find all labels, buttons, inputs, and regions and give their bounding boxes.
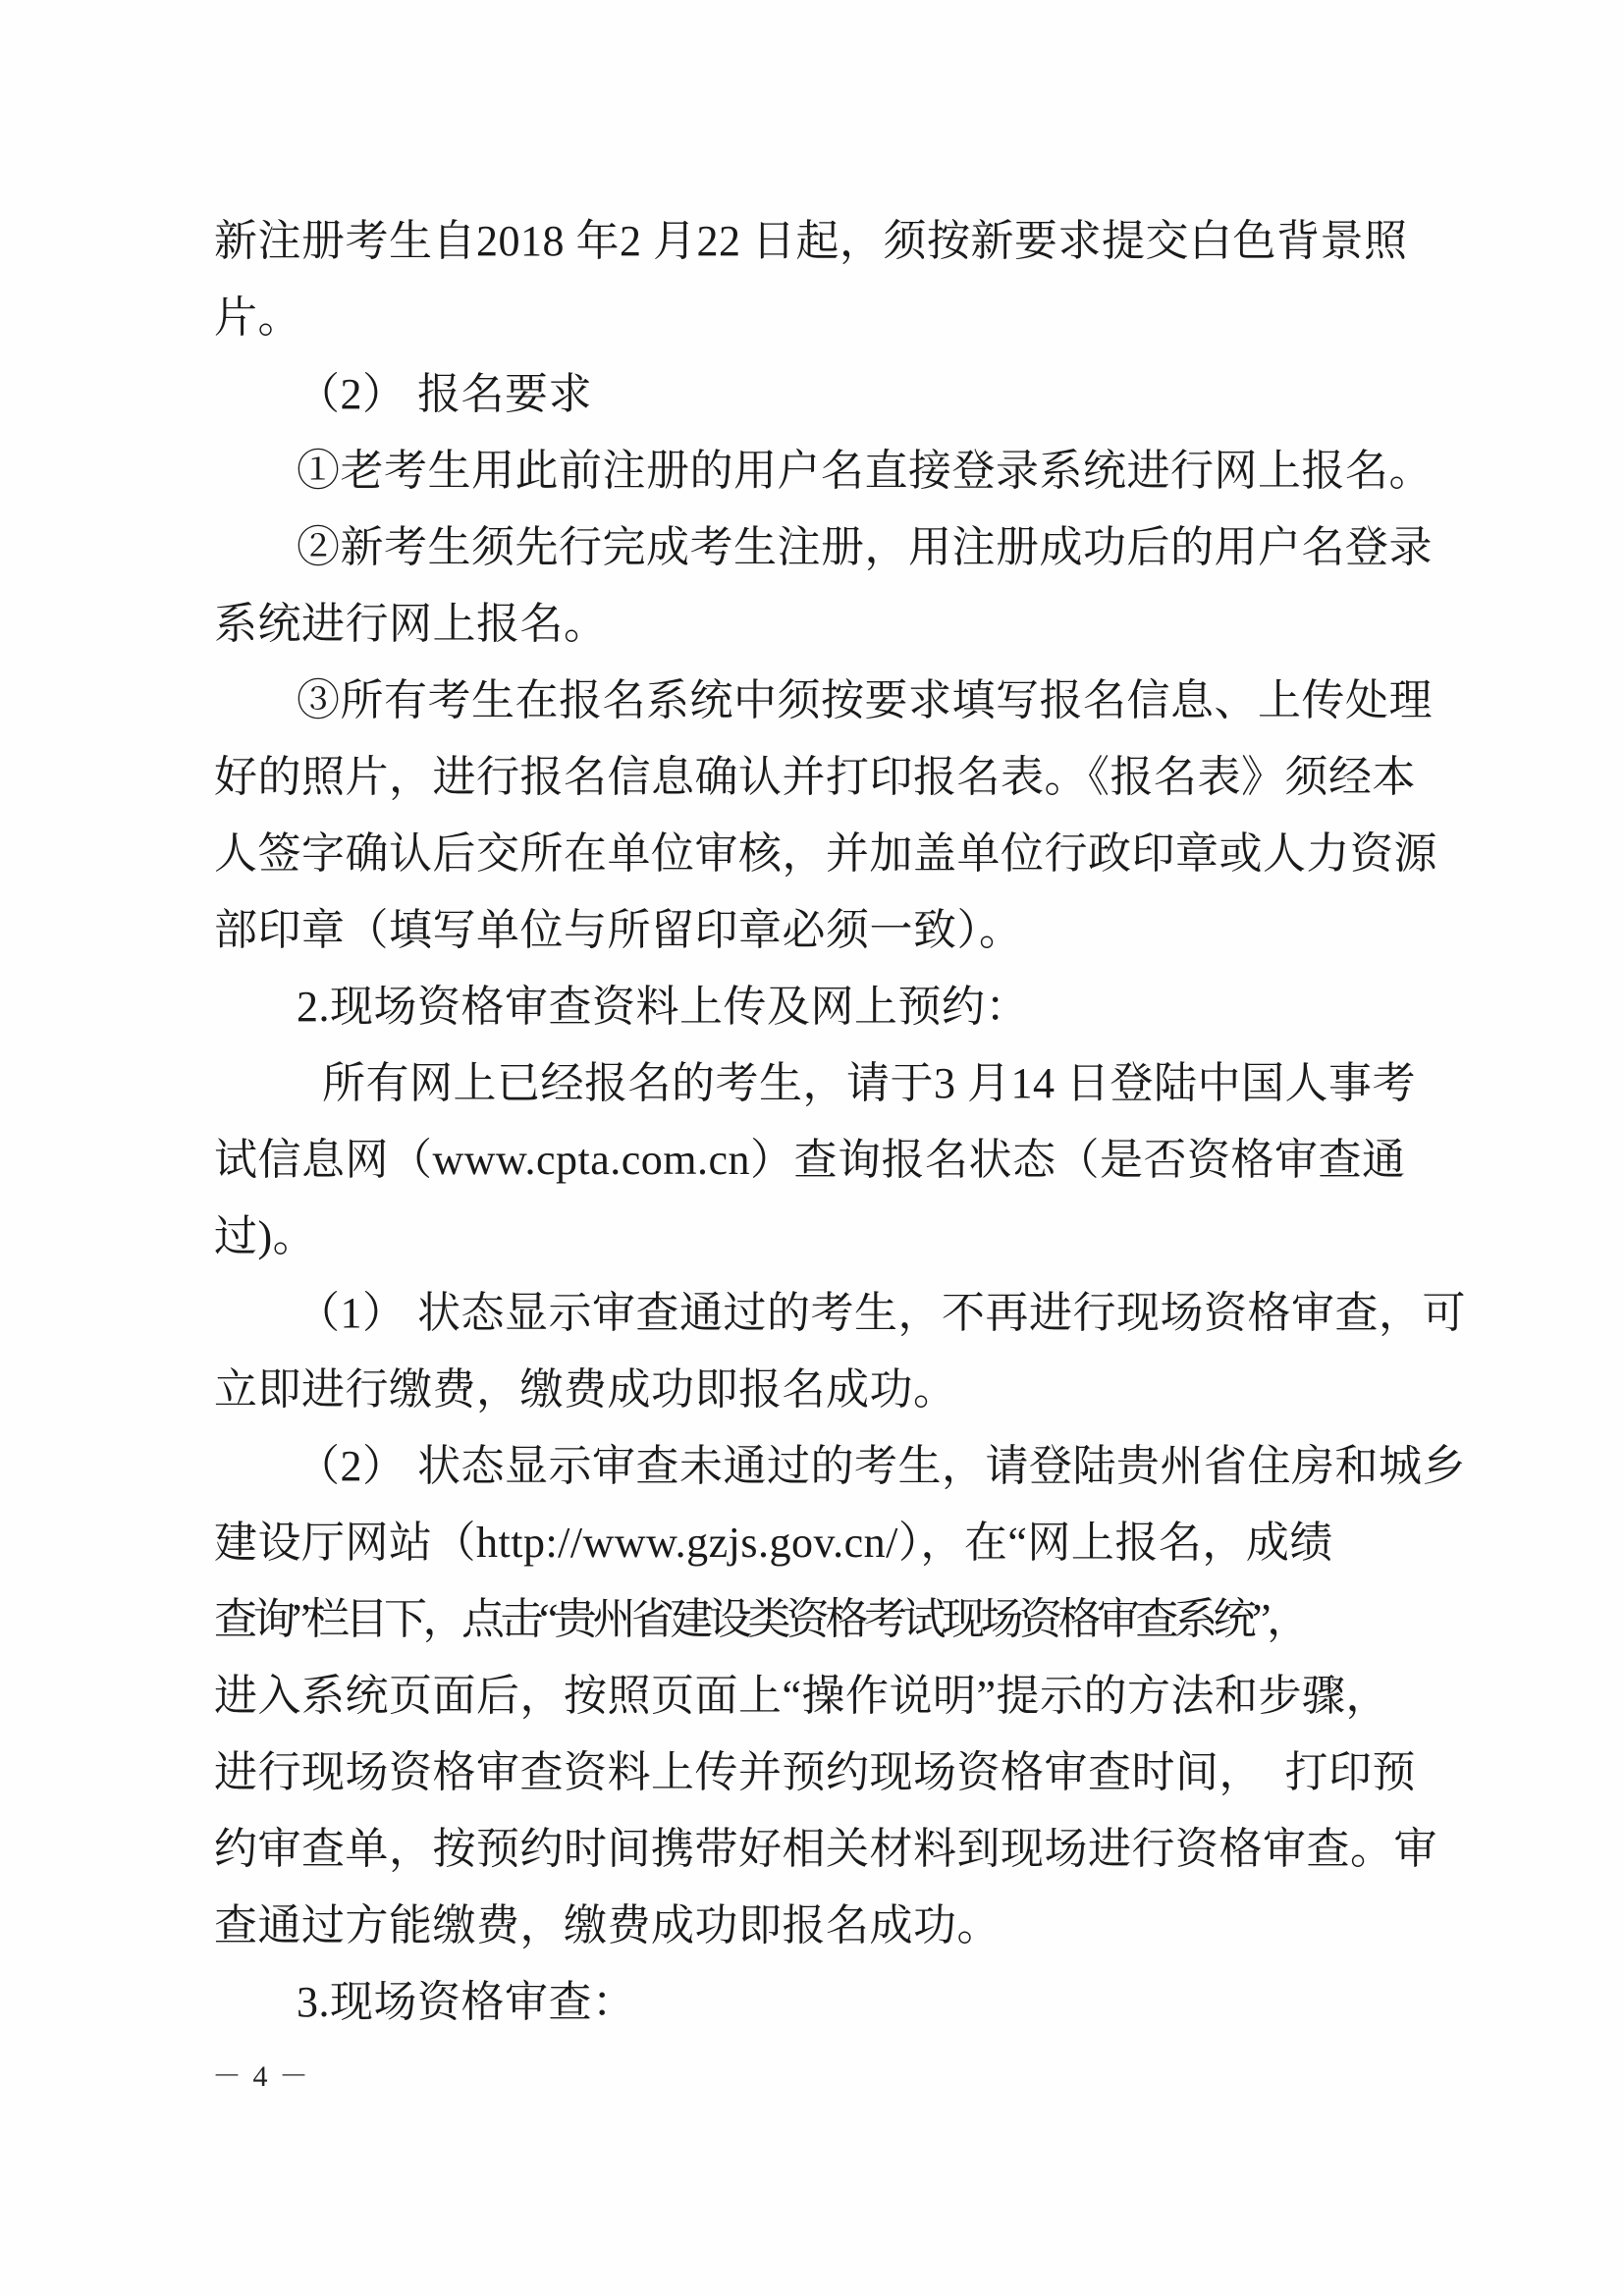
text-line: 进行现场资格审查资料上传并预约现场资格审查时间， 打印预 [214, 1735, 1439, 1811]
page-number: － 4 － [212, 2056, 310, 2099]
text-line: 过)。 [214, 1199, 1439, 1275]
text-line: 好的照片，进行报名信息确认并打印报名表。《报名表》须经本 [214, 739, 1439, 816]
text-line: 2.现场资格审查资料上传及网上预约： [214, 969, 1439, 1045]
text-line: ①老考生用此前注册的用户名直接登录系统进行网上报名。 [214, 433, 1439, 509]
text-line: 系统进行网上报名。 [214, 586, 1439, 663]
text-line: 查通过方能缴费，缴费成功即报名成功。 [214, 1888, 1439, 1964]
text-line: ③所有考生在报名系统中须按要求填写报名信息、上传处理 [214, 663, 1439, 739]
text-line: 试信息网（www.cpta.com.cn）查询报名状态（是否资格审查通 [214, 1122, 1439, 1199]
text-line: 约审查单，按预约时间携带好相关材料到现场进行资格审查。审 [214, 1811, 1439, 1888]
text-line: 片。 [214, 280, 1439, 356]
text-line: （1） 状态显示审查通过的考生，不再进行现场资格审查，可 [214, 1275, 1439, 1352]
text-line: 新注册考生自2018 年2 月22 日起，须按新要求提交白色背景照 [214, 203, 1439, 280]
text-line: 部印章（填写单位与所留印章必须一致）。 [214, 892, 1439, 969]
text-line: 进入系统页面后，按照页面上“操作说明”提示的方法和步骤， [214, 1658, 1439, 1735]
text-line: （2） 状态显示审查未通过的考生，请登陆贵州省住房和城乡 [214, 1428, 1439, 1505]
text-line: 建设厅网站（http://www.gzjs.gov.cn/），在“网上报名，成绩 [214, 1505, 1439, 1581]
document-body: 新注册考生自2018 年2 月22 日起，须按新要求提交白色背景照 片。 （2）… [214, 203, 1439, 2041]
document-page: 新注册考生自2018 年2 月22 日起，须按新要求提交白色背景照 片。 （2）… [0, 0, 1624, 2296]
text-line: （2） 报名要求 [214, 356, 1439, 433]
text-line: 所有网上已经报名的考生，请于3 月14 日登陆中国人事考 [214, 1045, 1439, 1122]
text-line: ②新考生须先行完成考生注册，用注册成功后的用户名登录 [214, 509, 1439, 586]
text-line: 人签字确认后交所在单位审核，并加盖单位行政印章或人力资源 [214, 816, 1439, 892]
text-line: 查询”栏目下，点击“贵州省建设类资格考试现场资格审查系统”， [214, 1581, 1439, 1658]
text-line: 3.现场资格审查： [214, 1964, 1439, 2041]
text-line: 立即进行缴费，缴费成功即报名成功。 [214, 1352, 1439, 1428]
